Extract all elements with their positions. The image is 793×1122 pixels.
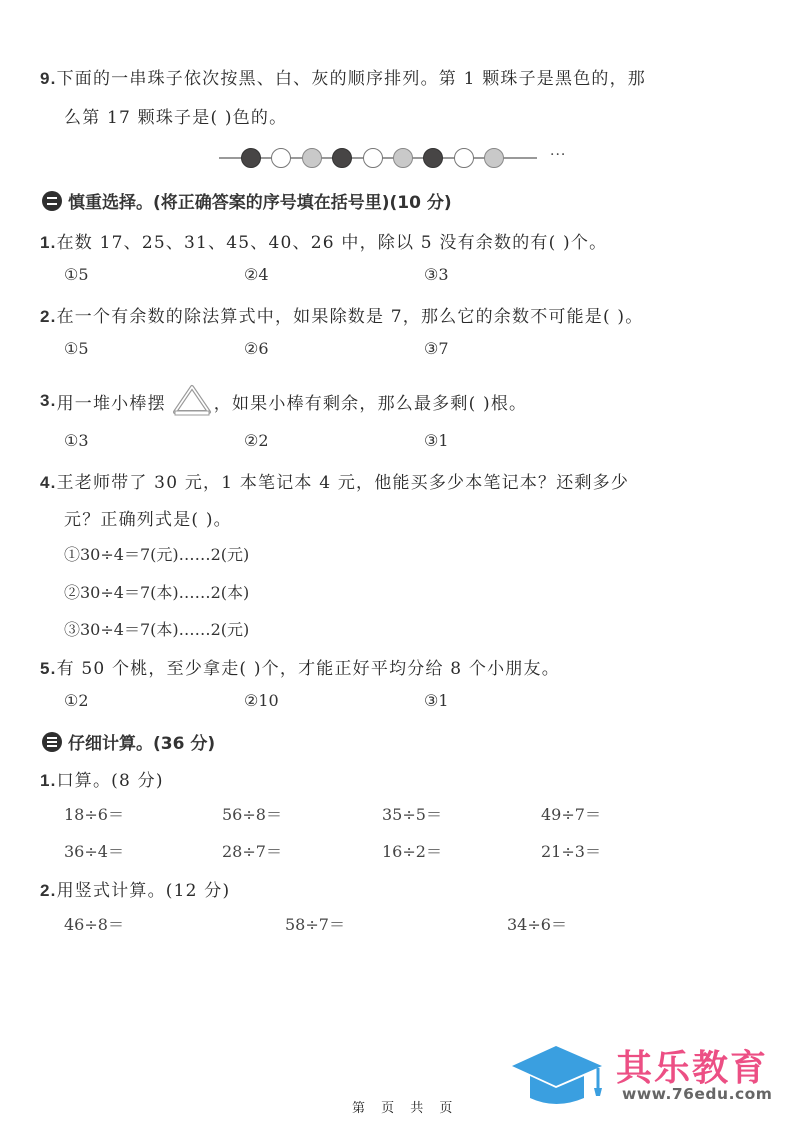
vertical-calc-item: 34÷6＝ bbox=[507, 912, 567, 935]
choice-question-3: 3. 用一堆小棒摆 ，如果小棒有剩余，那么最多剩( )根。 bbox=[40, 384, 527, 418]
bead-black bbox=[241, 148, 261, 168]
oral-calc-item: 56÷8＝ bbox=[222, 802, 282, 825]
vertical-calc-item: 58÷7＝ bbox=[285, 912, 345, 935]
choice-question-1: 1.在数 17、25、31、45、40、26 中，除以 5 没有余数的有( )个… bbox=[40, 228, 607, 253]
option-3: ③3 bbox=[424, 265, 449, 284]
question-9-line2: 么第 17 颗珠子是( )色的。 bbox=[64, 103, 287, 128]
calc-part-2-title: 2.用竖式计算。(12 分) bbox=[40, 876, 230, 901]
option-3: ③7 bbox=[424, 339, 449, 358]
section-2-heading: 慎重选择。(将正确答案的序号填在括号里)(10 分) bbox=[42, 188, 452, 213]
option-1: ①5 bbox=[64, 265, 89, 284]
oral-calc-item: 16÷2＝ bbox=[382, 839, 442, 862]
option-3: ③1 bbox=[424, 691, 449, 710]
option-2: ②4 bbox=[244, 265, 269, 284]
triangle-sticks-icon bbox=[172, 384, 212, 418]
option-3: ③1 bbox=[424, 431, 449, 450]
option-3: ③30÷4＝7(本)……2(元) bbox=[64, 617, 249, 640]
bead-black bbox=[332, 148, 352, 168]
bead-white bbox=[454, 148, 474, 168]
page-footer: 第 页 共 页 bbox=[352, 1097, 458, 1116]
watermark-url: www.76edu.com bbox=[622, 1085, 772, 1103]
option-1: ①5 bbox=[64, 339, 89, 358]
option-1: ①30÷4＝7(元)……2(元) bbox=[64, 542, 249, 565]
oral-calc-item: 35÷5＝ bbox=[382, 802, 442, 825]
choice-question-4-line2: 元？正确列式是( )。 bbox=[64, 505, 232, 530]
bead-white bbox=[271, 148, 291, 168]
option-2: ②2 bbox=[244, 431, 269, 450]
watermark-brand: 其乐教育 bbox=[616, 1040, 768, 1091]
calc-part-1-title: 1.口算。(8 分) bbox=[40, 766, 164, 791]
oral-calc-item: 28÷7＝ bbox=[222, 839, 282, 862]
choice-question-4-line1: 4.王老师带了 30 元，1 本笔记本 4 元，他能买多少本笔记本？还剩多少 bbox=[40, 468, 629, 493]
option-1: ①2 bbox=[64, 691, 89, 710]
oral-calc-item: 36÷4＝ bbox=[64, 839, 124, 862]
oral-calc-item: 18÷6＝ bbox=[64, 802, 124, 825]
section-two-badge-icon bbox=[42, 191, 62, 211]
option-2: ②30÷4＝7(本)……2(本) bbox=[64, 580, 249, 603]
choice-question-5: 5.有 50 个桃，至少拿走( )个，才能正好平均分给 8 个小朋友。 bbox=[40, 654, 560, 679]
option-2: ②10 bbox=[244, 691, 279, 710]
bead-white bbox=[363, 148, 383, 168]
ellipsis: ··· bbox=[550, 147, 566, 163]
section-3-heading: 仔细计算。(36 分) bbox=[42, 729, 215, 754]
question-9-line1: 9.下面的一串珠子依次按黑、白、灰的顺序排列。第 1 颗珠子是黑色的，那 bbox=[40, 64, 646, 89]
oral-calc-item: 21÷3＝ bbox=[541, 839, 601, 862]
bead-gray bbox=[393, 148, 413, 168]
bead-string-figure: ··· bbox=[219, 145, 579, 171]
option-2: ②6 bbox=[244, 339, 269, 358]
bead-gray bbox=[302, 148, 322, 168]
graduation-cap-icon bbox=[510, 1046, 610, 1106]
watermark-logo: 其乐教育 www.76edu.com bbox=[510, 1040, 793, 1120]
choice-question-2: 2.在一个有余数的除法算式中，如果除数是 7，那么它的余数不可能是( )。 bbox=[40, 302, 643, 327]
bead-black bbox=[423, 148, 443, 168]
bead-gray bbox=[484, 148, 504, 168]
option-1: ①3 bbox=[64, 431, 89, 450]
section-three-badge-icon bbox=[42, 732, 62, 752]
vertical-calc-item: 46÷8＝ bbox=[64, 912, 124, 935]
oral-calc-item: 49÷7＝ bbox=[541, 802, 601, 825]
